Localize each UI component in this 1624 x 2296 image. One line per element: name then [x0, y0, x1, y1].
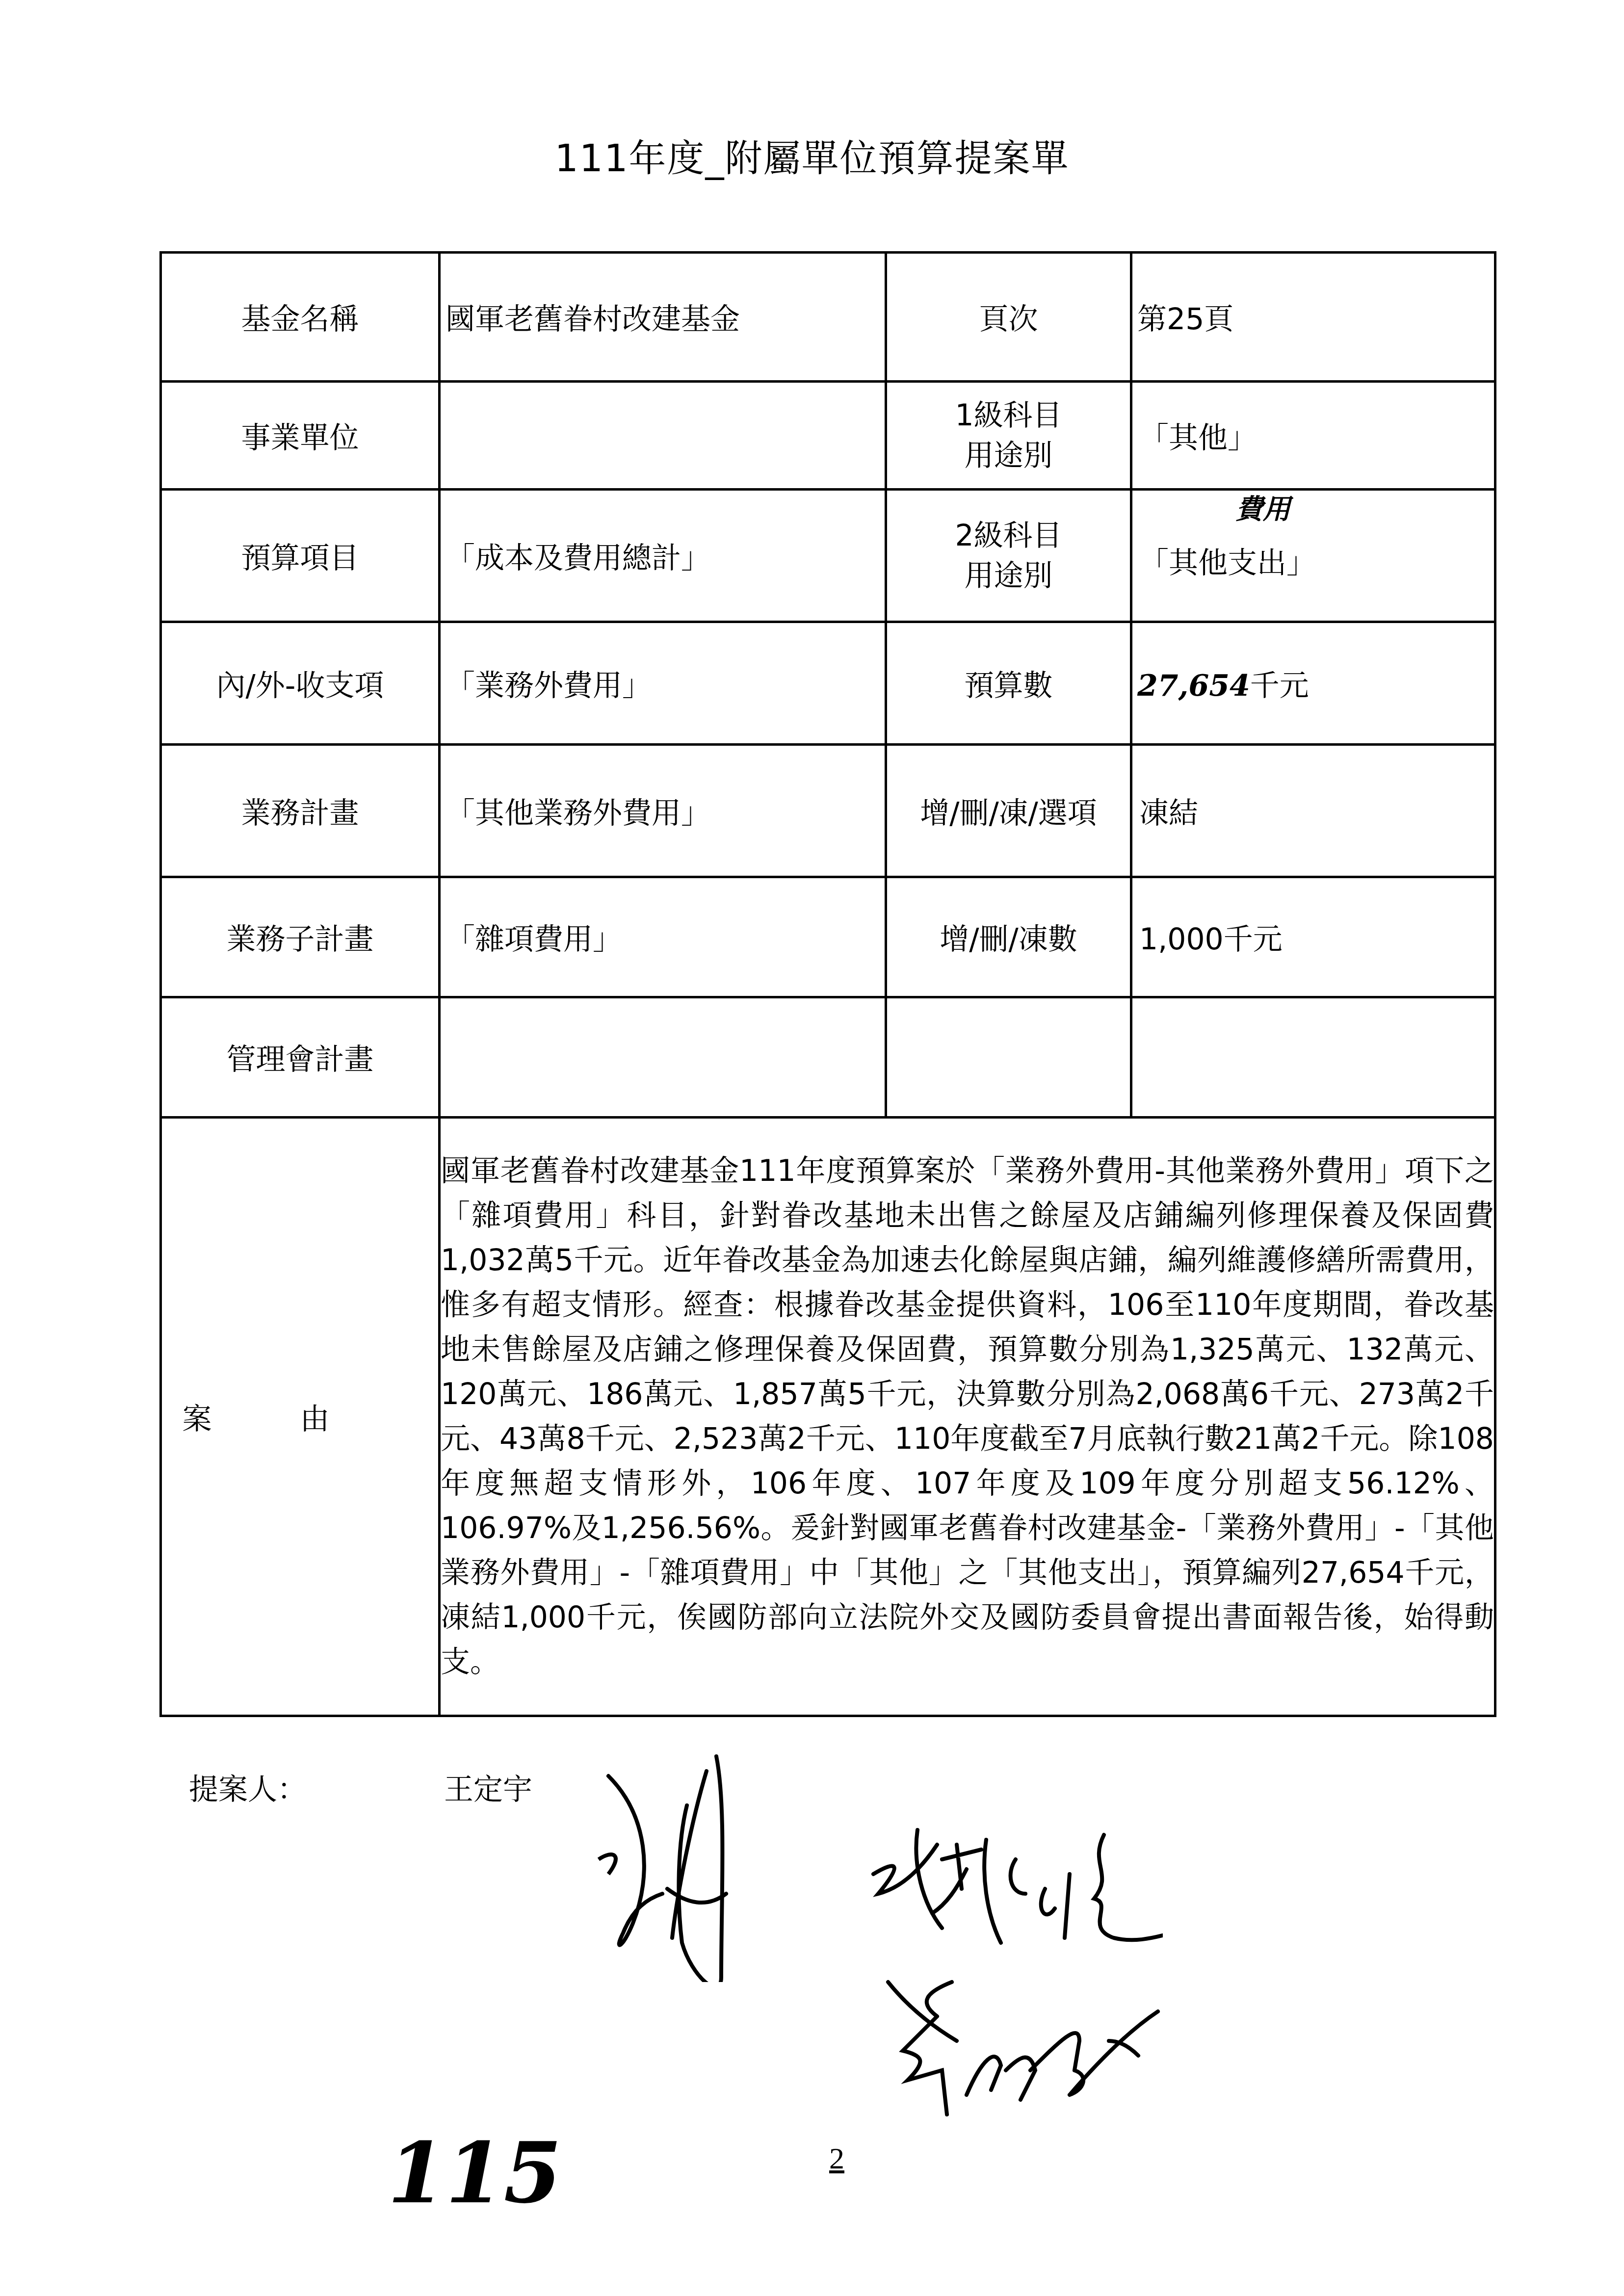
budget-item-label: 預算項目	[161, 490, 440, 622]
level2-subject-value: 費用 「其他支出」	[1131, 490, 1495, 622]
action-option-label: 增/刪/凍/選項	[886, 745, 1131, 877]
table-row: 預算項目 「成本及費用總計」 2級科目用途別 費用 「其他支出」	[161, 490, 1495, 622]
management-plan-label: 管理會計畫	[161, 997, 440, 1118]
empty-value-cell	[1131, 997, 1495, 1118]
budget-proposal-table: 基金名稱 國軍老舊眷村改建基金 頁次 第25頁 事業單位 1級科目用途別 「其他…	[159, 251, 1496, 1717]
fund-name-value: 國軍老舊眷村改建基金	[440, 253, 886, 382]
handwritten-number: 115	[388, 2124, 562, 2222]
budget-amount-unit: 千元	[1250, 669, 1309, 703]
level2-subject-label: 2級科目用途別	[886, 490, 1131, 622]
income-expense-value: 「業務外費用」	[440, 622, 886, 745]
table-row: 管理會計畫	[161, 997, 1495, 1118]
table-row: 基金名稱 國軍老舊眷村改建基金 頁次 第25頁	[161, 253, 1495, 382]
table-row: 業務計畫 「其他業務外費用」 增/刪/凍/選項 凍結	[161, 745, 1495, 877]
budget-item-value: 「成本及費用總計」	[440, 490, 886, 622]
level1-subject-label: 1級科目用途別	[886, 382, 1131, 490]
level2-subject-line1: 2級科目	[955, 519, 1062, 553]
table-row: 業務子計畫 「雜項費用」 增/刪/凍數 1,000千元	[161, 877, 1495, 997]
signature-2	[859, 1815, 1163, 1992]
page-title: 111年度_附屬單位預算提案單	[0, 129, 1624, 182]
management-plan-value	[440, 997, 886, 1118]
reason-text: 國軍老舊眷村改建基金111年度預算案於「業務外費用-其他業務外費用」項下之「雜項…	[440, 1118, 1495, 1716]
table-row: 案由 國軍老舊眷村改建基金111年度預算案於「業務外費用-其他業務外費用」項下之…	[161, 1118, 1495, 1716]
level2-subject-line2: 用途別	[965, 559, 1053, 593]
level1-subject-line2: 用途別	[965, 439, 1053, 473]
reason-label: 案由	[161, 1118, 440, 1716]
table-row: 內/外-收支項 「業務外費用」 預算數 27,654千元	[161, 622, 1495, 745]
budget-amount-label: 預算數	[886, 622, 1131, 745]
sub-plan-value: 「雜項費用」	[440, 877, 886, 997]
proposer-label: 提案人：	[189, 1766, 307, 1808]
proposer-name: 王定宇	[444, 1766, 532, 1808]
signature-1	[579, 1747, 873, 1982]
level1-subject-line1: 1級科目	[955, 398, 1062, 433]
business-plan-label: 業務計畫	[161, 745, 440, 877]
table-row: 事業單位 1級科目用途別 「其他」	[161, 382, 1495, 490]
page-ref-label: 頁次	[886, 253, 1131, 382]
action-option-value: 凍結	[1131, 745, 1495, 877]
business-unit-value	[440, 382, 886, 490]
sub-plan-label: 業務子計畫	[161, 877, 440, 997]
budget-amount-value: 27,654千元	[1131, 622, 1495, 745]
action-amount-label: 增/刪/凍數	[886, 877, 1131, 997]
income-expense-label: 內/外-收支項	[161, 622, 440, 745]
page-ref-value: 第25頁	[1131, 253, 1495, 382]
action-amount-value: 1,000千元	[1131, 877, 1495, 997]
handwritten-budget-amount: 27,654	[1137, 669, 1250, 703]
empty-label-cell	[886, 997, 1131, 1118]
level1-subject-value: 「其他」	[1131, 382, 1495, 490]
handwritten-correction-note: 費用	[1235, 488, 1290, 527]
fund-name-label: 基金名稱	[161, 253, 440, 382]
signature-3	[873, 1972, 1178, 2119]
business-unit-label: 事業單位	[161, 382, 440, 490]
business-plan-value: 「其他業務外費用」	[440, 745, 886, 877]
level2-subject-text: 「其他支出」	[1139, 540, 1316, 582]
page-number: 2	[829, 2141, 844, 2176]
